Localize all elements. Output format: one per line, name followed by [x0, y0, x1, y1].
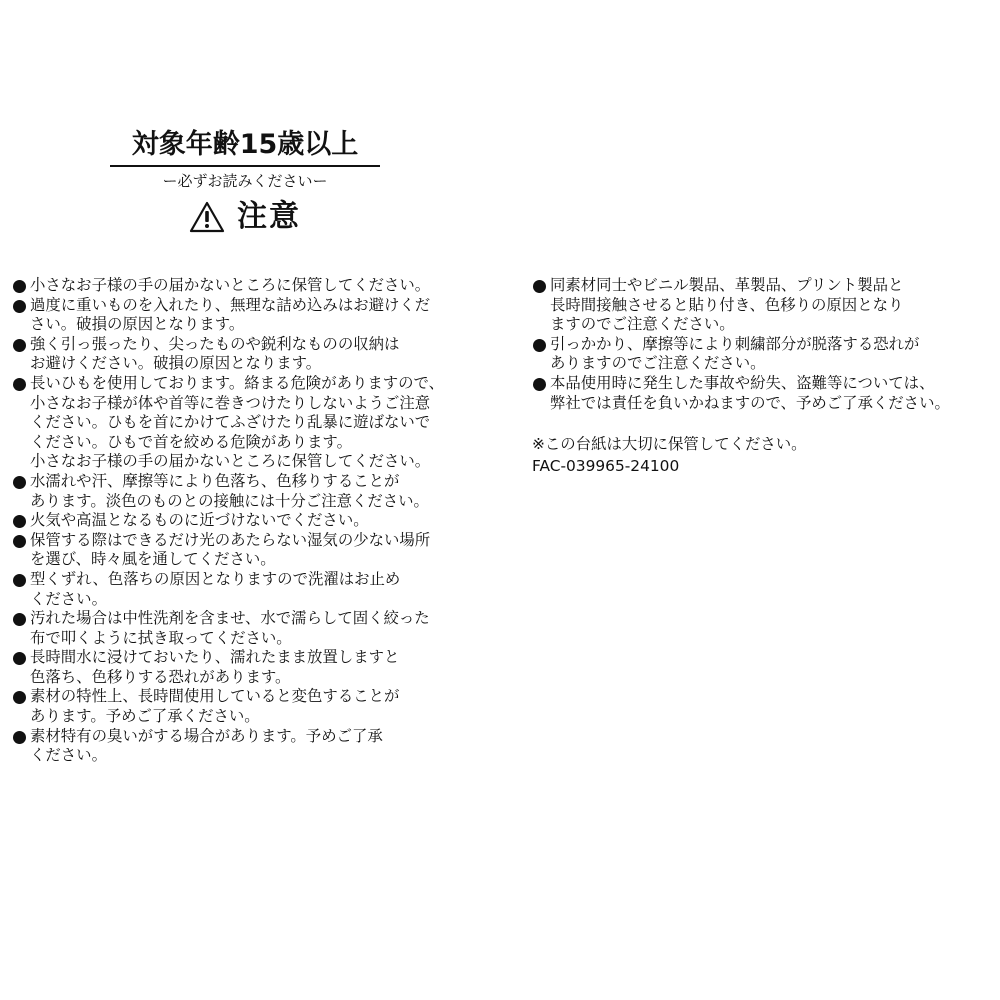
caution-item: 強く引っ張ったり、尖ったものや鋭利なものの収納はお避けください。破損の原因となり…: [12, 335, 492, 374]
caution-text-line: 弊社では責任を負いかねますので、予めご了承ください。: [550, 394, 992, 414]
caution-text-line: 過度に重いものを入れたり、無理な詰め込みはお避けくだ: [30, 296, 492, 316]
bullet-icon: [13, 691, 26, 704]
notice-header: 対象年齢15歳以上 ー必ずお読みくださいー 注意: [110, 128, 380, 237]
caution-text-line: ください。: [30, 746, 492, 766]
caution-item: 同素材同士やビニル製品、革製品、プリント製品と長時間接触させると貼り付き、色移り…: [532, 276, 992, 335]
caution-text-line: ください。ひもで首を絞める危険があります。: [30, 433, 492, 453]
bullet-icon: [13, 574, 26, 587]
caution-text-line: ください。: [30, 590, 492, 610]
left-caution-list: 小さなお子様の手の届かないところに保管してください。過度に重いものを入れたり、無…: [12, 276, 492, 766]
caution-text-line: ください。ひもを首にかけてふざけたり乱暴に遊ばないで: [30, 413, 492, 433]
warning-triangle-icon: [189, 201, 225, 233]
caution-text-line: 汚れた場合は中性洗剤を含ませ、水で濡らして固く絞った: [30, 609, 492, 629]
caution-text-line: 水濡れや汗、摩擦等により色落ち、色移りすることが: [30, 472, 492, 492]
caution-text-line: あります。淡色のものとの接触には十分ご注意ください。: [30, 492, 492, 512]
caution-text-line: 小さなお子様の手の届かないところに保管してください。: [30, 276, 492, 296]
caution-text-line: 火気や高温となるものに近づけないでください。: [30, 511, 492, 531]
caution-text-line: あります。予めご了承ください。: [30, 707, 492, 727]
bullet-icon: [13, 339, 26, 352]
caution-heading: 注意: [110, 197, 380, 237]
caution-text-line: 同素材同士やビニル製品、革製品、プリント製品と: [550, 276, 992, 296]
bullet-icon: [13, 515, 26, 528]
caution-item: 小さなお子様の手の届かないところに保管してください。: [12, 276, 492, 296]
caution-item: 水濡れや汗、摩擦等により色落ち、色移りすることがあります。淡色のものとの接触には…: [12, 472, 492, 511]
caution-text-line: 保管する際はできるだけ光のあたらない湿気の少ない場所: [30, 531, 492, 551]
caution-item: 素材特有の臭いがする場合があります。予めご了承ください。: [12, 727, 492, 766]
read-carefully-subtitle: ー必ずお読みくださいー: [110, 171, 380, 191]
caution-text-line: お避けください。破損の原因となります。: [30, 354, 492, 374]
caution-text-line: 素材の特性上、長時間使用していると変色することが: [30, 687, 492, 707]
bullet-icon: [533, 378, 546, 391]
caution-item: 引っかかり、摩擦等により刺繍部分が脱落する恐れがありますのでご注意ください。: [532, 335, 992, 374]
caution-text-line: 布で叩くように拭き取ってください。: [30, 629, 492, 649]
caution-item: 長いひもを使用しております。絡まる危険がありますので、小さなお子様が体や首等に巻…: [12, 374, 492, 472]
caution-item: 保管する際はできるだけ光のあたらない湿気の少ない場所を選び、時々風を通してくださ…: [12, 531, 492, 570]
product-code: FAC-039965-24100: [532, 457, 992, 477]
caution-text-line: 引っかかり、摩擦等により刺繍部分が脱落する恐れが: [550, 335, 992, 355]
bullet-icon: [13, 378, 26, 391]
bullet-icon: [533, 339, 546, 352]
caution-text-line: 本品使用時に発生した事故や紛失、盗難等については、: [550, 374, 992, 394]
caution-item: 火気や高温となるものに近づけないでください。: [12, 511, 492, 531]
caution-item: 過度に重いものを入れたり、無理な詰め込みはお避けください。破損の原因となります。: [12, 296, 492, 335]
mount-keep-note: ※この台紙は大切に保管してください。: [532, 435, 992, 455]
caution-text-line: ますのでご注意ください。: [550, 315, 992, 335]
caution-item: 型くずれ、色落ちの原因となりますので洗濯はお止めください。: [12, 570, 492, 609]
caution-text-line: 素材特有の臭いがする場合があります。予めご了承: [30, 727, 492, 747]
caution-text-line: ありますのでご注意ください。: [550, 354, 992, 374]
caution-text-line: 長いひもを使用しております。絡まる危険がありますので、: [30, 374, 492, 394]
bullet-icon: [13, 300, 26, 313]
caution-item: 本品使用時に発生した事故や紛失、盗難等については、弊社では責任を負いかねますので…: [532, 374, 992, 413]
bullet-icon: [533, 280, 546, 293]
caution-item: 長時間水に浸けておいたり、濡れたまま放置しますと色落ち、色移りする恐れがあります…: [12, 648, 492, 687]
bullet-icon: [13, 652, 26, 665]
caution-item: 素材の特性上、長時間使用していると変色することがあります。予めご了承ください。: [12, 687, 492, 726]
right-caution-list: 同素材同士やビニル製品、革製品、プリント製品と長時間接触させると貼り付き、色移り…: [532, 276, 992, 476]
bullet-icon: [13, 280, 26, 293]
caution-text-line: 長時間水に浸けておいたり、濡れたまま放置しますと: [30, 648, 492, 668]
caution-text-line: 型くずれ、色落ちの原因となりますので洗濯はお止め: [30, 570, 492, 590]
caution-label: 注意: [237, 197, 301, 237]
bullet-icon: [13, 613, 26, 626]
age-notice-title: 対象年齢15歳以上: [110, 128, 380, 167]
caution-text-line: 色落ち、色移りする恐れがあります。: [30, 668, 492, 688]
caution-text-line: さい。破損の原因となります。: [30, 315, 492, 335]
bullet-icon: [13, 476, 26, 489]
bullet-icon: [13, 731, 26, 744]
caution-item: 汚れた場合は中性洗剤を含ませ、水で濡らして固く絞った布で叩くように拭き取ってくだ…: [12, 609, 492, 648]
bullet-icon: [13, 535, 26, 548]
caution-text-line: 小さなお子様が体や首等に巻きつけたりしないようご注意: [30, 394, 492, 414]
caution-text-line: 小さなお子様の手の届かないところに保管してください。: [30, 452, 492, 472]
caution-text-line: を選び、時々風を通してください。: [30, 550, 492, 570]
caution-text-line: 強く引っ張ったり、尖ったものや鋭利なものの収納は: [30, 335, 492, 355]
caution-text-line: 長時間接触させると貼り付き、色移りの原因となり: [550, 296, 992, 316]
